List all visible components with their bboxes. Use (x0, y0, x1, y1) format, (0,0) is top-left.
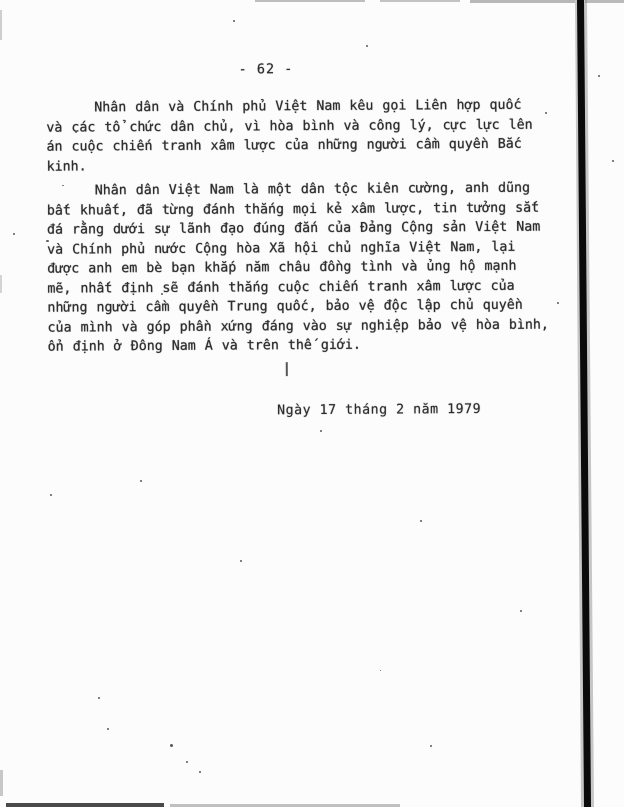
noise-speck (520, 610, 522, 612)
noise-speck (612, 160, 614, 162)
noise-speck (545, 112, 547, 114)
noise-speck (46, 240, 49, 242)
noise-speck (366, 45, 368, 47)
text-line: ổn định ở Đông Nam Á và trên thế giới. (48, 335, 548, 358)
text-line: Nhân dân Việt Nam là một dân tộc kiên cư… (47, 179, 547, 202)
noise-speck (50, 494, 52, 496)
left-edge-noise (0, 770, 3, 796)
noise-speck (107, 728, 109, 730)
noise-speck (98, 697, 100, 699)
top-edge-noise (470, 0, 575, 3)
left-edge-noise (0, 10, 2, 40)
noise-speck (75, 131, 77, 133)
noise-speck (557, 302, 559, 304)
noise-speck (380, 670, 381, 671)
text-line: Nhân dân và Chính phủ Việt Nam kêu gọi L… (46, 96, 546, 119)
bottom-edge-noise (6, 803, 164, 807)
text-line: những người cầm quyền Trung quốc, bảo vệ… (47, 296, 547, 319)
noise-speck (430, 745, 432, 747)
noise-speck (199, 771, 201, 773)
typewritten-text-block: - 62 - Nhân dân và Chính phủ Việt Nam kê… (0, 0, 624, 807)
text-line: đá rằng dưới sự lãnh đạo đúng đắn của Đả… (47, 218, 547, 241)
noise-speck (240, 560, 242, 562)
text-line: án cuộc chiến tranh xâm lược của những n… (46, 135, 546, 158)
noise-speck (13, 233, 15, 235)
noise-speck (186, 761, 188, 763)
noise-speck (140, 480, 142, 482)
scanned-document-page: - 62 - Nhân dân và Chính phủ Việt Nam kê… (0, 0, 624, 807)
date-line: Ngày 17 tháng 2 năm 1979 (277, 402, 481, 418)
noise-speck (598, 75, 600, 77)
noise-speck (170, 744, 173, 747)
noise-speck (320, 430, 322, 432)
noise-speck (420, 520, 422, 522)
stray-ink-mark (286, 362, 288, 376)
text-line: của mình và góp phần xứng đáng vào sự ng… (47, 315, 547, 338)
paragraph-1: Nhân dân và Chính phủ Việt Nam kêu gọi L… (46, 96, 546, 177)
page-number: - 62 - (206, 61, 326, 78)
text-line: được anh em bè bạn khắp năm châu đồng tì… (47, 257, 547, 280)
top-edge-noise (255, 0, 365, 2)
text-line: kinh. (46, 154, 546, 177)
noise-speck (62, 185, 64, 186)
noise-speck (233, 20, 235, 22)
left-edge-noise (0, 275, 2, 293)
top-edge-noise (380, 0, 460, 2)
noise-speck (161, 293, 163, 295)
paragraph-2: Nhân dân Việt Nam là một dân tộc kiên cư… (47, 179, 548, 358)
